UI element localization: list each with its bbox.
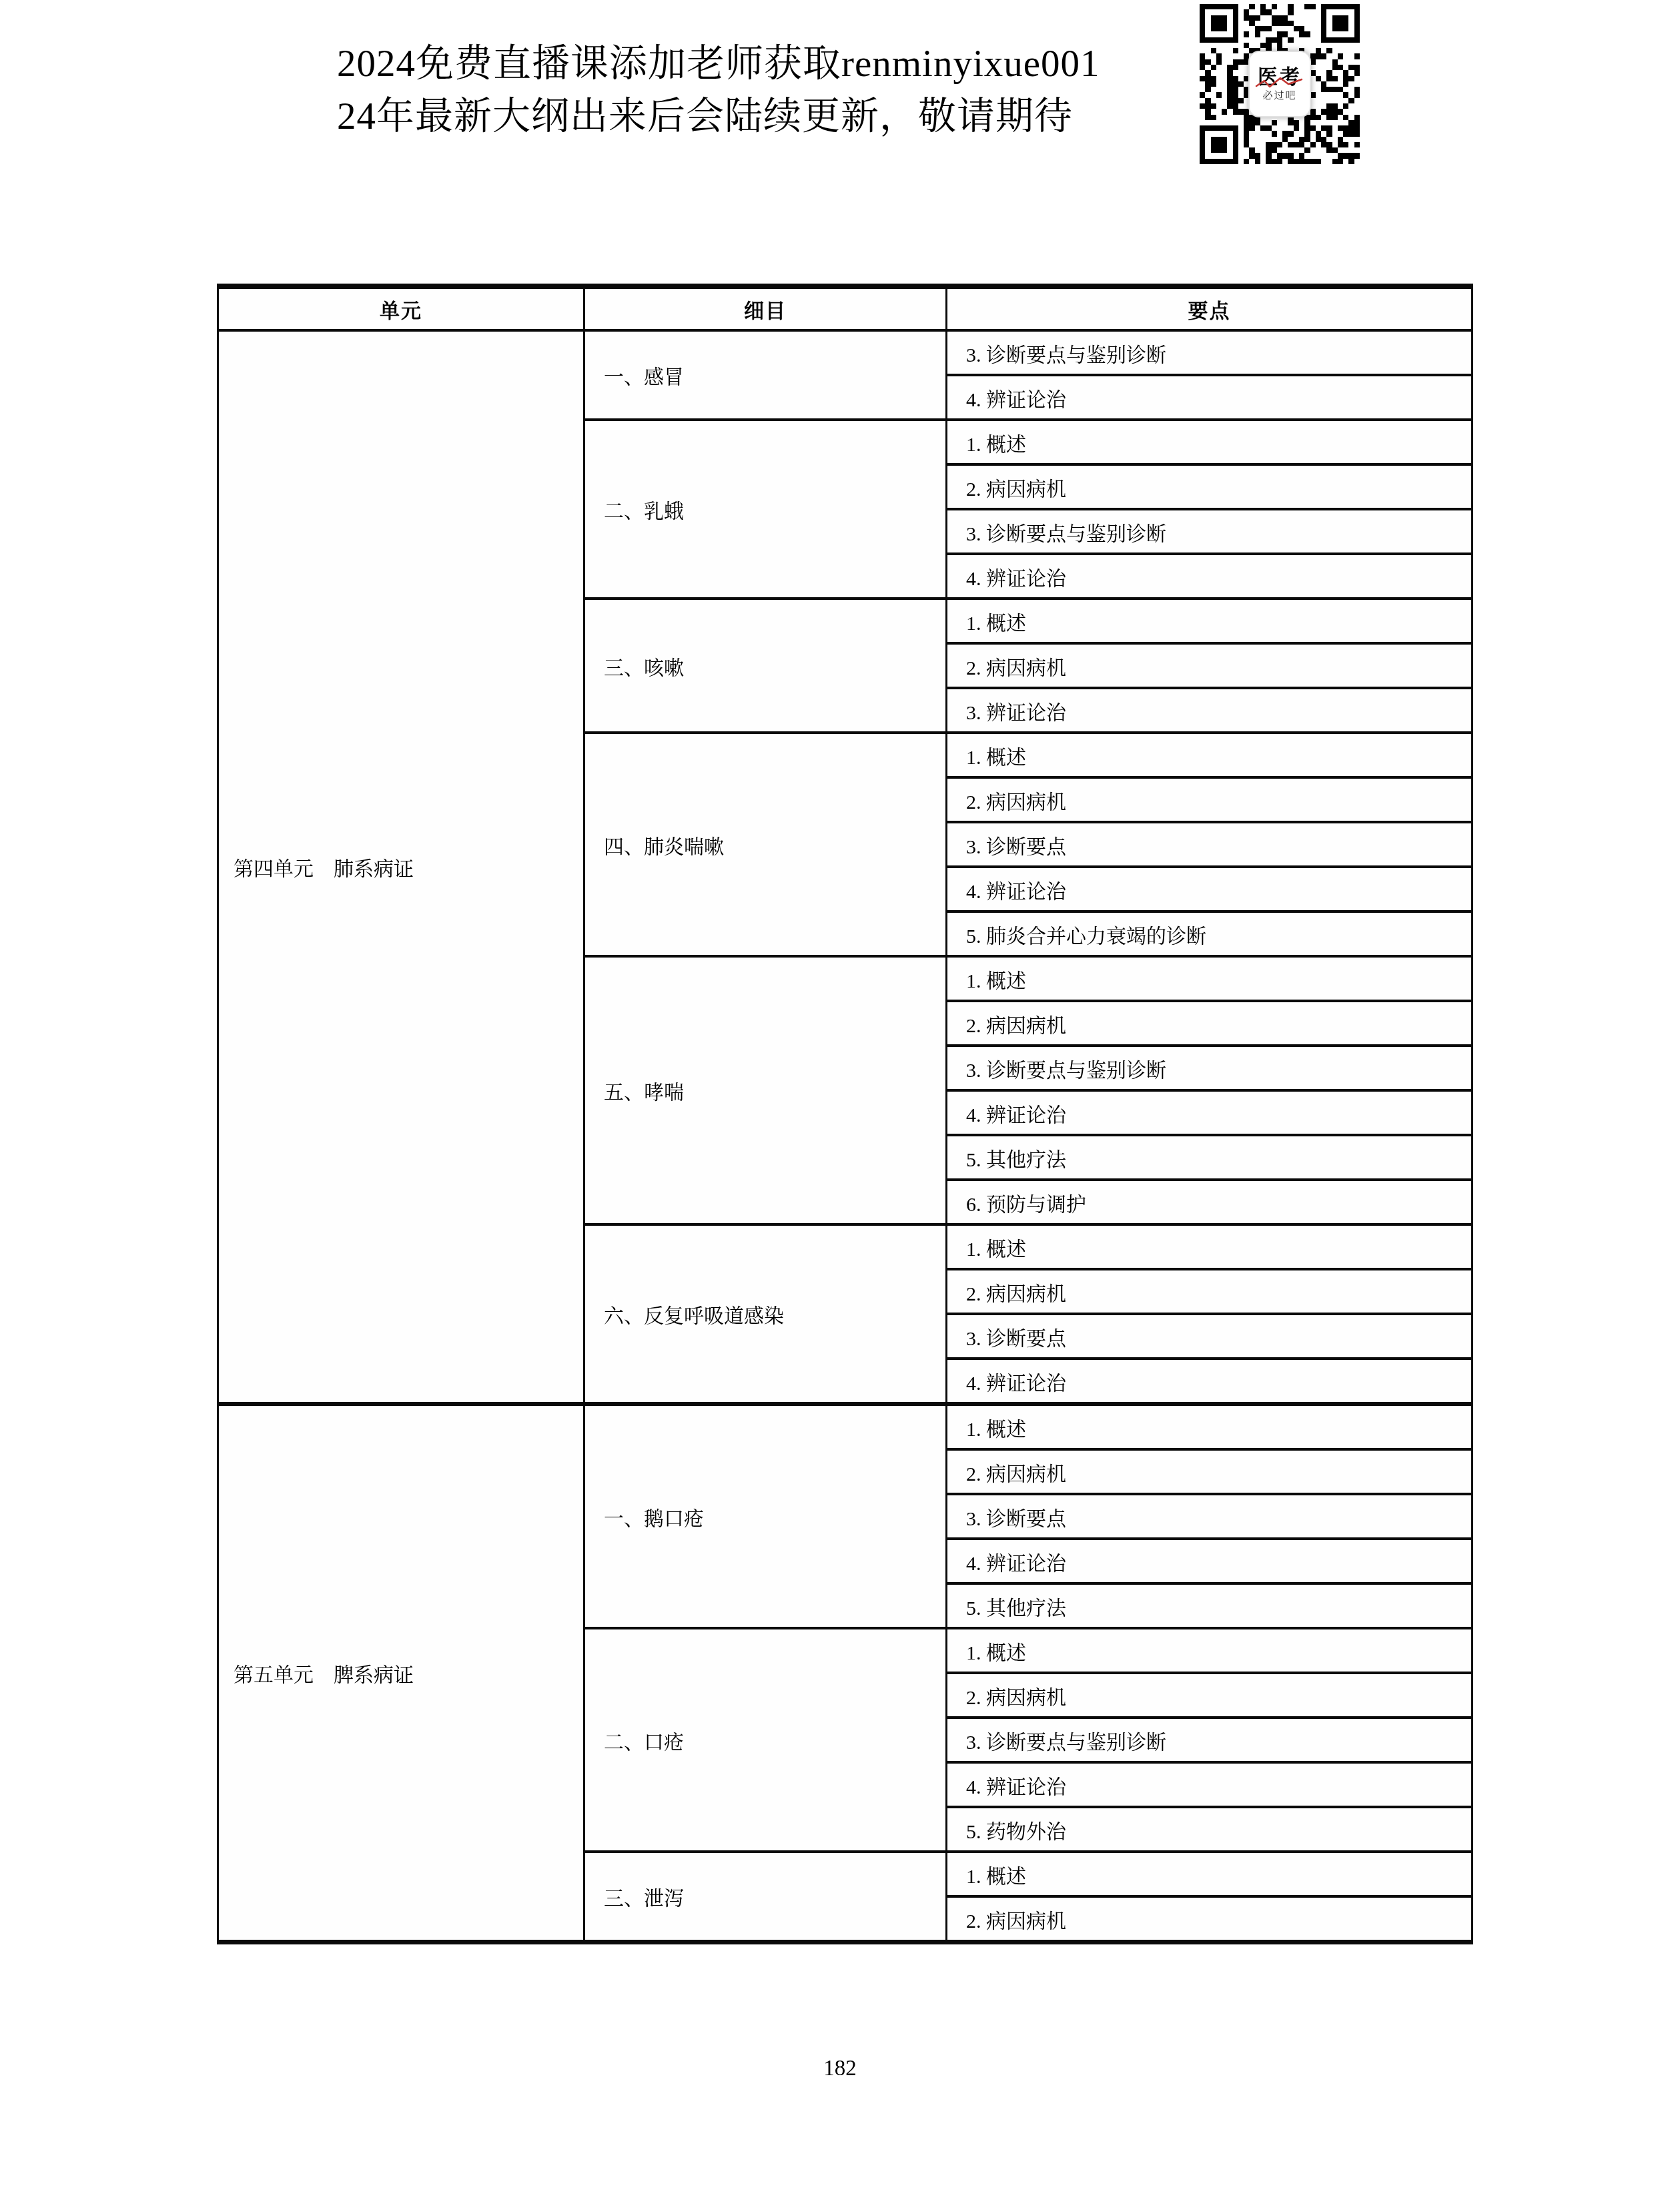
point-cell: 3. 诊断要点	[947, 1314, 1473, 1359]
point-cell: 1. 概述	[947, 599, 1473, 643]
item-cell: 六、反复呼吸道感染	[584, 1224, 947, 1404]
point-cell: 5. 其他疗法	[947, 1583, 1473, 1628]
item-cell: 四、肺炎喘嗽	[584, 733, 947, 956]
point-cell: 2. 病因病机	[947, 777, 1473, 822]
col-header-item: 细目	[584, 286, 947, 330]
point-cell: 4. 辨证论治	[947, 1762, 1473, 1807]
point-cell: 5. 药物外治	[947, 1807, 1473, 1852]
point-cell: 4. 辨证论治	[947, 1539, 1473, 1583]
point-cell: 5. 肺炎合并心力衰竭的诊断	[947, 911, 1473, 956]
page-number: 182	[0, 2057, 1680, 2081]
point-cell: 4. 辨证论治	[947, 1359, 1473, 1404]
point-cell: 2. 病因病机	[947, 1896, 1473, 1942]
unit-cell: 第五单元 脾系病证	[218, 1404, 584, 1942]
item-cell: 二、口疮	[584, 1628, 947, 1852]
item-cell: 一、鹅口疮	[584, 1404, 947, 1628]
item-cell: 二、乳蛾	[584, 420, 947, 599]
point-cell: 3. 诊断要点与鉴别诊断	[947, 1046, 1473, 1090]
point-cell: 2. 病因病机	[947, 1001, 1473, 1046]
qr-logo-zigzag-icon	[1255, 76, 1303, 89]
point-cell: 3. 诊断要点与鉴别诊断	[947, 509, 1473, 554]
item-cell: 五、哮喘	[584, 956, 947, 1224]
promo-line-1: 2024免费直播课添加老师获取renminyixue001	[337, 37, 1100, 90]
qr-logo: 医考 必过吧	[1248, 51, 1311, 117]
col-header-points: 要点	[947, 286, 1473, 330]
point-cell: 4. 辨证论治	[947, 375, 1473, 420]
point-cell: 4. 辨证论治	[947, 867, 1473, 911]
point-cell: 3. 辨证论治	[947, 688, 1473, 733]
point-cell: 2. 病因病机	[947, 464, 1473, 509]
table-header-row: 单元 细目 要点	[218, 286, 1473, 330]
point-cell: 4. 辨证论治	[947, 554, 1473, 599]
point-cell: 2. 病因病机	[947, 1449, 1473, 1494]
promo-line-2: 24年最新大纲出来后会陆续更新，敬请期待	[337, 90, 1100, 143]
point-cell: 2. 病因病机	[947, 1269, 1473, 1314]
point-cell: 3. 诊断要点与鉴别诊断	[947, 330, 1473, 375]
point-cell: 1. 概述	[947, 1628, 1473, 1673]
table-row: 第五单元 脾系病证一、鹅口疮1. 概述	[218, 1404, 1473, 1449]
point-cell: 1. 概述	[947, 1852, 1473, 1896]
point-cell: 2. 病因病机	[947, 643, 1473, 688]
point-cell: 5. 其他疗法	[947, 1135, 1473, 1180]
point-cell: 1. 概述	[947, 1404, 1473, 1449]
qr-logo-mark: 医考	[1258, 67, 1302, 88]
table-row: 第四单元 肺系病证一、感冒3. 诊断要点与鉴别诊断	[218, 330, 1473, 375]
qr-code: 医考 必过吧	[1200, 4, 1360, 164]
point-cell: 3. 诊断要点	[947, 822, 1473, 867]
point-cell: 4. 辨证论治	[947, 1090, 1473, 1135]
item-cell: 三、泄泻	[584, 1852, 947, 1942]
item-cell: 一、感冒	[584, 330, 947, 420]
col-header-unit: 单元	[218, 286, 584, 330]
promo-text-block: 2024免费直播课添加老师获取renminyixue001 24年最新大纲出来后…	[337, 37, 1100, 143]
point-cell: 1. 概述	[947, 1224, 1473, 1269]
point-cell: 3. 诊断要点与鉴别诊断	[947, 1718, 1473, 1762]
point-cell: 2. 病因病机	[947, 1673, 1473, 1718]
point-cell: 1. 概述	[947, 420, 1473, 464]
point-cell: 1. 概述	[947, 956, 1473, 1001]
qr-logo-subtext: 必过吧	[1262, 91, 1296, 101]
point-cell: 3. 诊断要点	[947, 1494, 1473, 1539]
point-cell: 6. 预防与调护	[947, 1180, 1473, 1224]
item-cell: 三、咳嗽	[584, 599, 947, 733]
syllabus-table: 单元 细目 要点 第四单元 肺系病证一、感冒3. 诊断要点与鉴别诊断4. 辨证论…	[217, 284, 1473, 1944]
document-page: 2024免费直播课添加老师获取renminyixue001 24年最新大纲出来后…	[0, 0, 1680, 2210]
point-cell: 1. 概述	[947, 733, 1473, 777]
unit-cell: 第四单元 肺系病证	[218, 330, 584, 1404]
